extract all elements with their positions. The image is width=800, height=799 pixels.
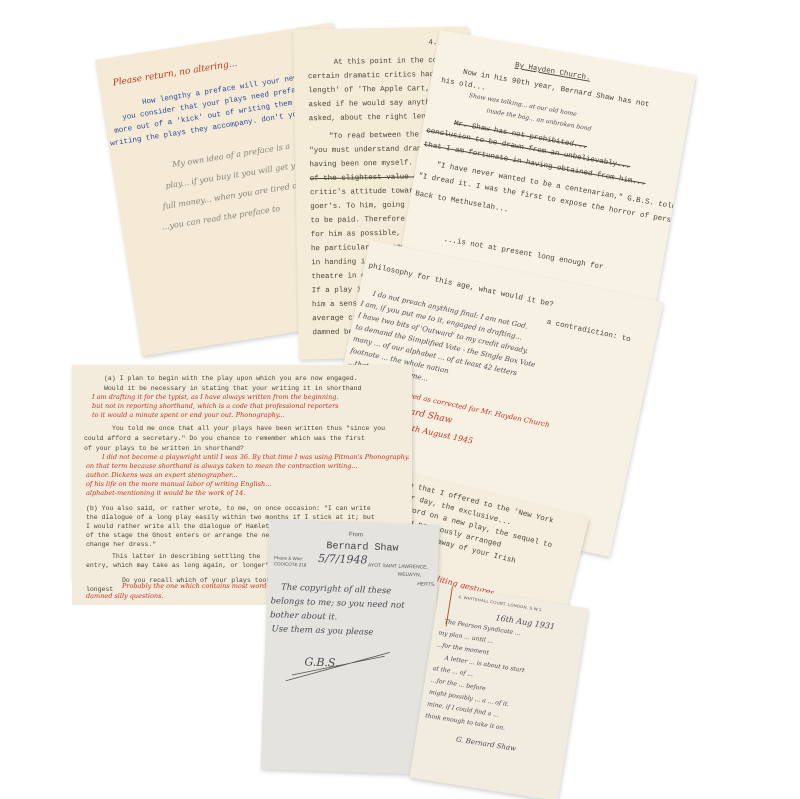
red-answer: alphabet-mentioning it would be the work…	[86, 489, 245, 498]
red-answer: on that term because shorthand is always…	[86, 462, 358, 471]
typed-line: for him as possible,	[311, 228, 401, 242]
postcard-bernard-shaw: From Bernard Shaw Phone & Wire: CODICOTE…	[261, 519, 440, 775]
message-line: Use them as you please	[271, 623, 373, 639]
phone-label: Phone & Wire:	[274, 555, 303, 561]
red-answer: I did not become a playwright until I wa…	[102, 453, 410, 462]
phone-number: CODICOTE 218.	[274, 561, 308, 567]
red-answer: I am drafting it for the typist, as I ha…	[92, 393, 339, 402]
postcard-date: 5/7/1948	[318, 553, 368, 567]
red-answer: damned silly questions.	[86, 592, 164, 601]
red-answer: Probably the one which contains most wor…	[122, 582, 272, 591]
manuscript-page-interview-answers-bottom: Do you recall which of your plays took l…	[72, 575, 272, 605]
message-line: bother about it.	[270, 609, 338, 623]
typed-line: a contradiction: to	[545, 317, 631, 347]
letter-whitehall-court: 4, WHITEHALL COURT, LONDON, S.W.1. 16th …	[409, 585, 588, 799]
from-label: From	[349, 532, 363, 538]
typed-line: goer's. To him, going to	[310, 199, 418, 213]
address-line: AYOT SAINT LAWRENCE,	[368, 563, 428, 571]
address-line: WELWYN,	[397, 572, 421, 579]
red-answer: to it would a minute spent or end your o…	[92, 411, 285, 420]
address-line: HERTS.	[417, 581, 435, 588]
letter-signature: G. Bernard Shaw	[455, 733, 517, 754]
typed-line: change her dress."	[86, 539, 156, 551]
red-answer: but not in reporting shorthand, which is…	[92, 402, 339, 411]
red-answer: of his life on the more manual labor of …	[86, 480, 271, 489]
typed-line: entry, which may take as long again, or …	[86, 560, 269, 572]
message-line: The copyright of all these	[281, 582, 392, 598]
red-answer: author. Dickens was an expert stenograph…	[86, 471, 238, 480]
signature-flourish	[284, 645, 395, 689]
